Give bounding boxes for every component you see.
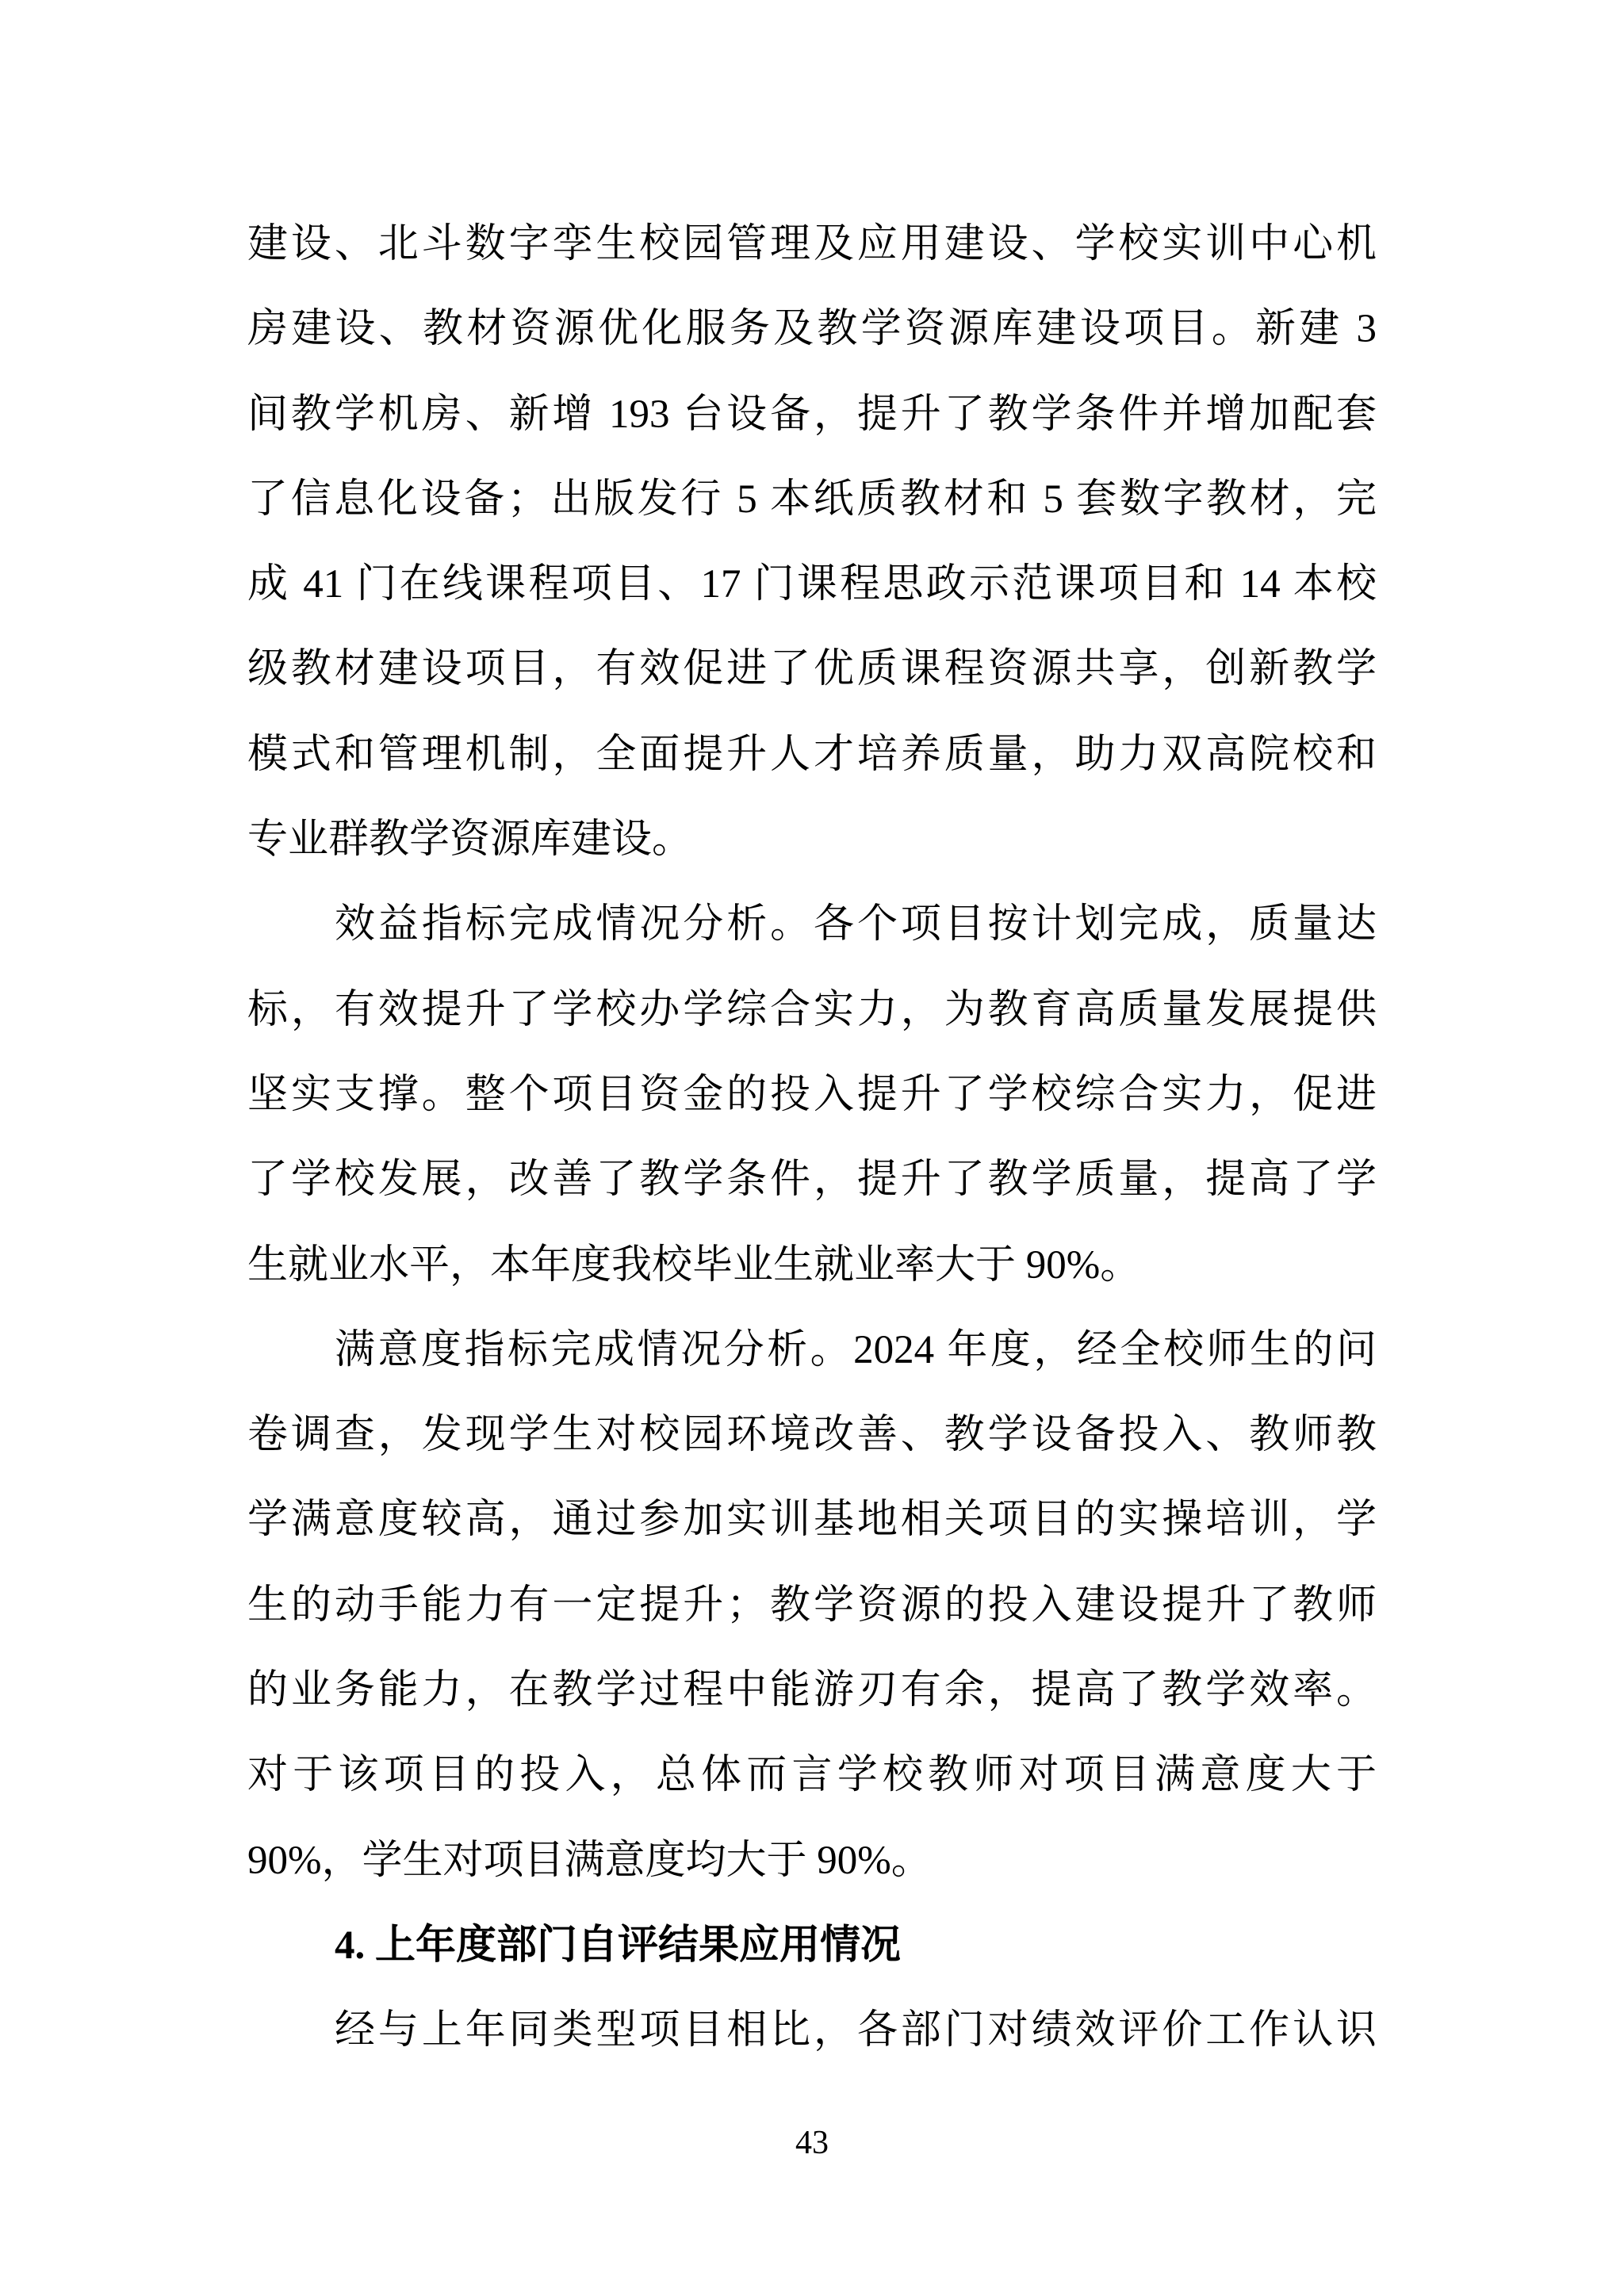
text-line: 模式和管理机制，全面提升人才培养质量，助力双高院校和 [247, 713, 1377, 798]
text-line: 学满意度较高，通过参加实训基地相关项目的实操培训，学 [247, 1478, 1377, 1563]
text-line: 专业群教学资源库建设。 [247, 798, 1377, 882]
text-line: 经与上年同类型项目相比，各部门对绩效评价工作认识 [247, 1988, 1377, 2073]
text-line: 坚实支撑。整个项目资金的投入提升了学校综合实力，促进 [247, 1053, 1377, 1138]
text-line: 建设、北斗数字孪生校园管理及应用建设、学校实训中心机 [247, 202, 1377, 287]
text-line: 满意度指标完成情况分析。2024 年度，经全校师生的问 [247, 1308, 1377, 1393]
text-line: 级教材建设项目，有效促进了优质课程资源共享，创新教学 [247, 627, 1377, 712]
text-line: 生的动手能力有一定提升；教学资源的投入建设提升了教师 [247, 1563, 1377, 1648]
text-line: 卷调查，发现学生对校园环境改善、教学设备投入、教师教 [247, 1393, 1377, 1478]
text-line: 房建设、教材资源优化服务及教学资源库建设项目。新建 3 [247, 287, 1377, 372]
text-line: 对于该项目的投入，总体而言学校教师对项目满意度大于 [247, 1733, 1377, 1818]
text-line: 的业务能力，在教学过程中能游刃有余，提高了教学效率。 [247, 1648, 1377, 1733]
text-line: 效益指标完成情况分析。各个项目按计划完成，质量达 [247, 882, 1377, 967]
document-page: 建设、北斗数字孪生校园管理及应用建设、学校实训中心机房建设、教材资源优化服务及教… [0, 0, 1624, 2296]
body-text: 建设、北斗数字孪生校园管理及应用建设、学校实训中心机房建设、教材资源优化服务及教… [247, 202, 1377, 2074]
text-line: 了信息化设备；出版发行 5 本纸质教材和 5 套数字教材，完 [247, 457, 1377, 542]
page-number: 43 [0, 2126, 1624, 2160]
text-line: 90%，学生对项目满意度均大于 90%。 [247, 1819, 1377, 1904]
text-line: 标，有效提升了学校办学综合实力，为教育高质量发展提供 [247, 968, 1377, 1053]
text-line: 间教学机房、新增 193 台设备，提升了教学条件并增加配套 [247, 373, 1377, 457]
text-line: 生就业水平，本年度我校毕业生就业率大于 90%。 [247, 1223, 1377, 1308]
text-line: 4. 上年度部门自评结果应用情况 [247, 1904, 1377, 1988]
text-line: 成 41 门在线课程项目、17 门课程思政示范课项目和 14 本校 [247, 542, 1377, 627]
text-line: 了学校发展，改善了教学条件，提升了教学质量，提高了学 [247, 1138, 1377, 1223]
